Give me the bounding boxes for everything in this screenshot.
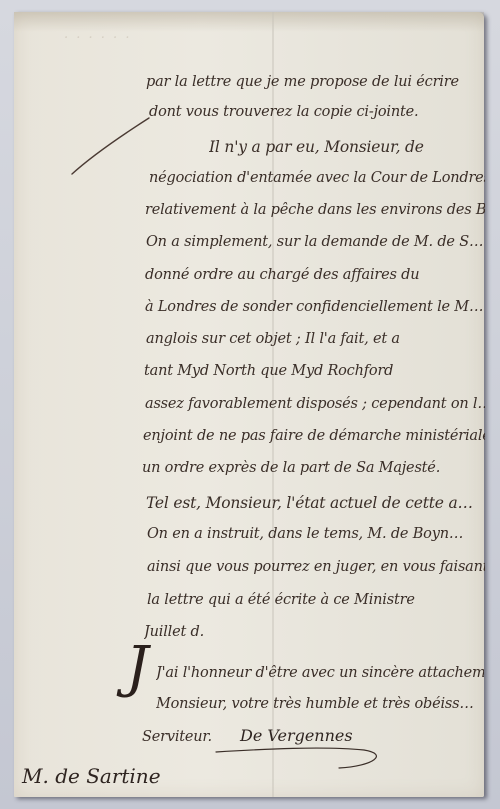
letter-line-4: négociation d'entamée avec la Cour de Lo… bbox=[149, 170, 485, 186]
letter-line-13: un ordre exprès de la part de Sa Majesté… bbox=[142, 460, 484, 476]
letter-line-1: par la lettre que je me propose de lui é… bbox=[146, 74, 484, 90]
letter-line-20: Monsieur, votre très humble et très obéi… bbox=[156, 696, 484, 712]
margin-pen-stroke-icon bbox=[44, 116, 154, 186]
letter-line-7: donné ordre au chargé des affaires du bbox=[145, 267, 485, 283]
letter-line-6: On a simplement, sur la demande de M. de… bbox=[146, 234, 484, 250]
ink-bleed-through: . . . . . . bbox=[64, 27, 424, 57]
letter-line-3: Il n'y a par eu, Monsieur, de bbox=[209, 138, 484, 156]
letter-line-5: relativement à la pêche dans les environ… bbox=[145, 202, 485, 218]
letter-line-18: Juillet d. bbox=[144, 624, 344, 640]
letter-line-14: Tel est, Monsieur, l'état actuel de cett… bbox=[146, 494, 486, 512]
letter-line-2: dont vous trouverez la copie ci-jointe. bbox=[149, 104, 479, 120]
letter-line-15: On en a instruit, dans le tems, M. de Bo… bbox=[147, 526, 485, 542]
signature-flourish-icon bbox=[214, 746, 394, 776]
letter-line-19: J'ai l'honneur d'être avec un sincère at… bbox=[156, 665, 484, 681]
addressee: M. de Sartine bbox=[22, 764, 161, 788]
signature: De Vergennes bbox=[240, 726, 353, 745]
letter-line-17: la lettre qui a été écrite à ce Ministre bbox=[147, 592, 485, 608]
manuscript-page: . . . . . . par la lettre que je me prop… bbox=[14, 12, 484, 797]
flourished-initial-j: J bbox=[126, 640, 148, 696]
letter-line-21: Serviteur. bbox=[142, 729, 242, 745]
letter-line-16: ainsi que vous pourrez en juger, en vous… bbox=[147, 559, 485, 575]
letter-line-11: assez favorablement disposés ; cependant… bbox=[145, 396, 485, 412]
letter-line-8: à Londres de sonder confidenciellement l… bbox=[145, 299, 485, 315]
letter-line-9: anglois sur cet objet ; Il l'a fait, et … bbox=[146, 331, 486, 347]
letter-line-12: enjoint de ne pas faire de démarche mini… bbox=[143, 428, 485, 444]
letter-line-10: tant Myd North que Myd Rochford bbox=[144, 363, 484, 379]
